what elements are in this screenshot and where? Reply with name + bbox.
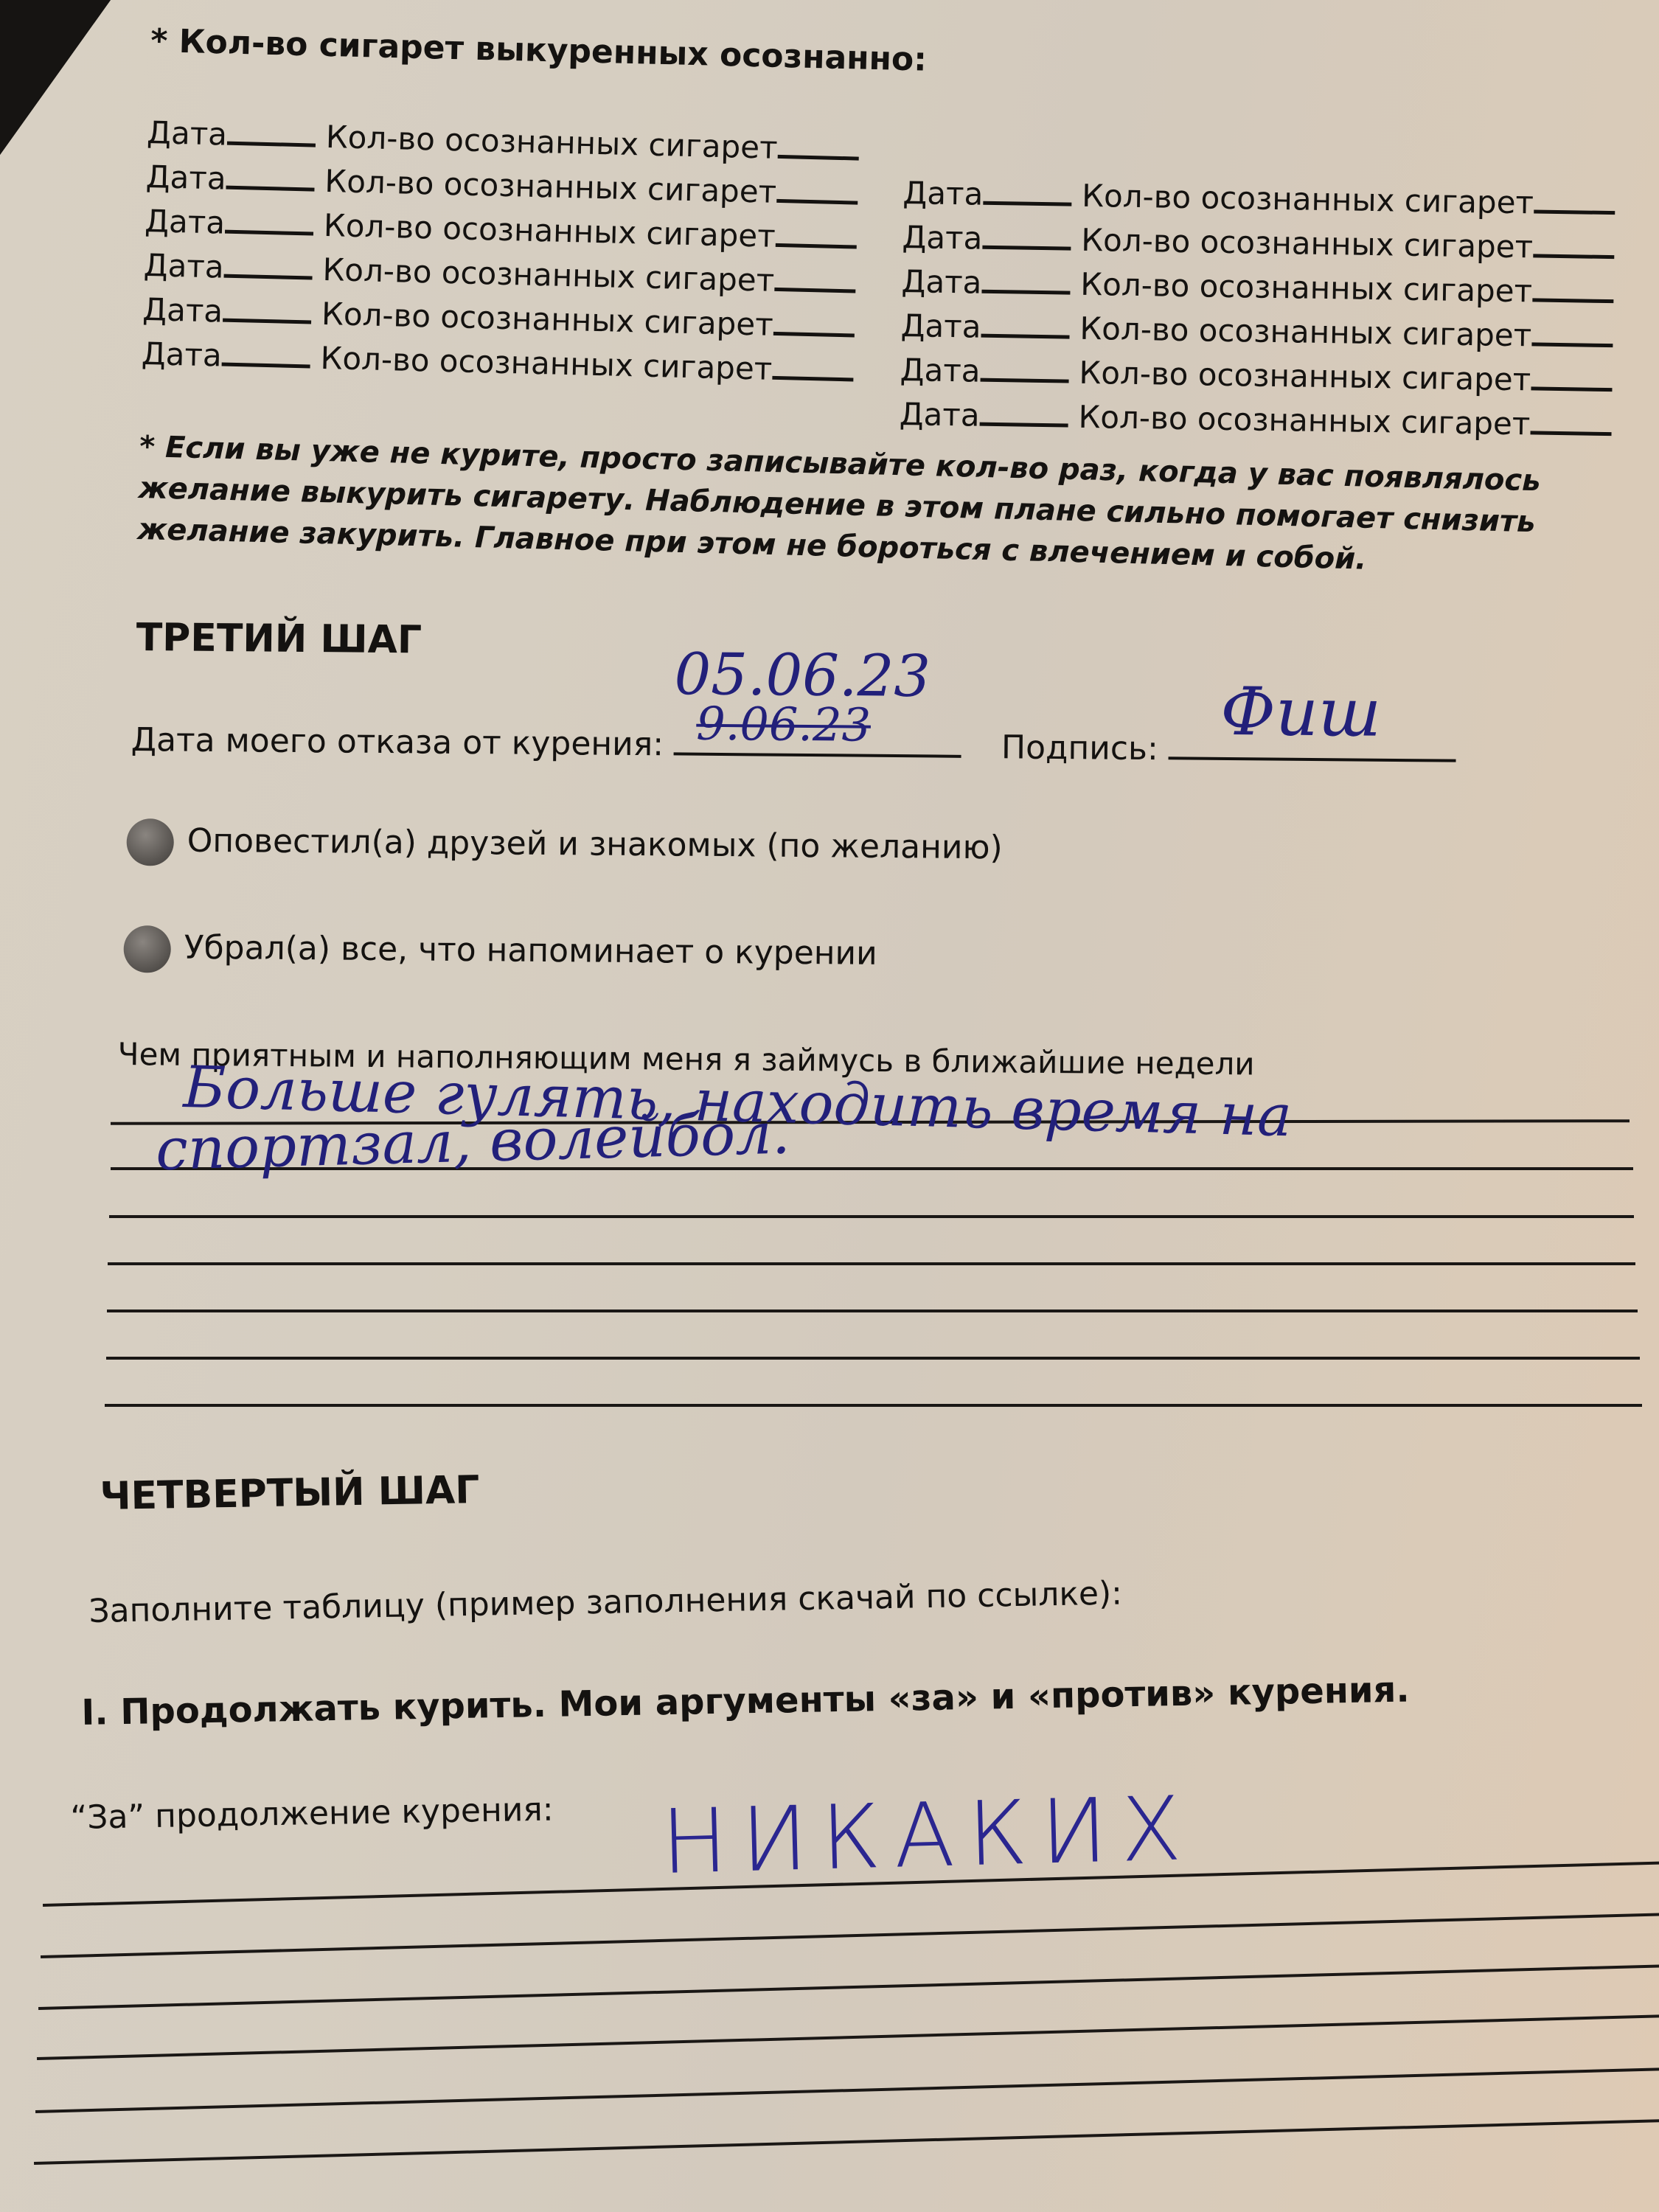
date-field[interactable] xyxy=(227,115,316,147)
count-label: Кол-во осознанных сигарет xyxy=(1081,218,1534,270)
count-label: Кол-во осознанных сигарет xyxy=(1080,262,1533,314)
date-field[interactable] xyxy=(981,307,1070,339)
count-field[interactable] xyxy=(772,349,854,382)
signature-value: Фиш xyxy=(1220,673,1382,752)
checkbox-bullet-icon[interactable] xyxy=(126,818,174,866)
date-label: Дата xyxy=(902,215,983,261)
quit-date-field[interactable]: 9.06.23 xyxy=(674,720,961,757)
date-field[interactable] xyxy=(979,396,1068,428)
date-field[interactable] xyxy=(225,204,314,236)
step3-title: ТРЕТИЙ ШАГ xyxy=(136,616,422,662)
date-label: Дата xyxy=(147,111,228,157)
count-field[interactable] xyxy=(1531,360,1613,392)
date-label: Дата xyxy=(145,155,226,201)
date-field[interactable] xyxy=(983,175,1072,206)
answer-line[interactable] xyxy=(106,1357,1640,1360)
count-field[interactable] xyxy=(1530,404,1612,436)
date-label: Дата xyxy=(899,392,980,438)
count-label: Кол-во осознанных сигарет xyxy=(1079,351,1531,403)
checkbox-bullet-icon[interactable] xyxy=(123,925,171,973)
date-label: Дата xyxy=(145,199,226,246)
answer-line[interactable] xyxy=(108,1262,1635,1265)
date-field[interactable] xyxy=(221,336,310,369)
quit-date-label: Дата моего отказа от курения: xyxy=(131,721,664,763)
count-label: Кол-во осознанных сигарет xyxy=(1079,307,1532,358)
background-corner xyxy=(0,0,111,155)
count-field[interactable] xyxy=(1532,271,1614,303)
date-field[interactable] xyxy=(981,263,1071,295)
count-field[interactable] xyxy=(774,261,856,293)
count-field[interactable] xyxy=(1531,316,1613,347)
date-label: Дата xyxy=(902,171,984,217)
count-label: Кол-во осознанных сигарет xyxy=(1078,395,1531,447)
count-field[interactable] xyxy=(773,305,855,338)
date-field[interactable] xyxy=(223,292,312,324)
signature-label: Подпись: xyxy=(1001,728,1158,768)
date-label: Дата xyxy=(141,332,222,378)
count-field[interactable] xyxy=(1534,183,1615,215)
date-field[interactable] xyxy=(980,352,1069,383)
checklist-item-remove[interactable]: Убрал(а) все, что напоминает о курении xyxy=(123,925,877,979)
count-field[interactable] xyxy=(776,173,858,205)
date-label: Дата xyxy=(901,260,982,305)
log-right-column: ДатаКол-во осознанных сигаретДатаКол-во … xyxy=(899,171,1615,448)
date-field[interactable] xyxy=(226,159,315,192)
date-field[interactable] xyxy=(223,248,313,280)
date-label: Дата xyxy=(900,348,981,394)
date-label: Дата xyxy=(900,304,981,349)
date-label: Дата xyxy=(143,243,224,290)
date-field[interactable] xyxy=(982,219,1071,251)
log-left-column: ДатаКол-во осознанных сигаретДатаКол-во … xyxy=(141,111,859,393)
checklist-item-notify[interactable]: Оповестил(а) друзей и знакомых (по желан… xyxy=(126,818,1002,873)
count-label: Кол-во осознанных сигарет xyxy=(1082,174,1534,226)
count-field[interactable] xyxy=(775,217,857,249)
count-field[interactable] xyxy=(777,128,859,161)
answer-line[interactable] xyxy=(109,1215,1634,1218)
quit-date-struck: 9.06.23 xyxy=(696,697,871,752)
checklist-label: Убрал(а) все, что напоминает о курении xyxy=(184,929,877,973)
count-field[interactable] xyxy=(1533,227,1615,259)
answer-line[interactable] xyxy=(107,1310,1638,1312)
answer-line[interactable] xyxy=(105,1404,1642,1407)
checklist-label: Оповестил(а) друзей и знакомых (по желан… xyxy=(187,822,1003,867)
date-label: Дата xyxy=(142,288,223,334)
signature-field[interactable]: Фиш xyxy=(1169,724,1456,762)
step4-title: ЧЕТВЕРТЫЙ ШАГ xyxy=(100,1468,480,1519)
